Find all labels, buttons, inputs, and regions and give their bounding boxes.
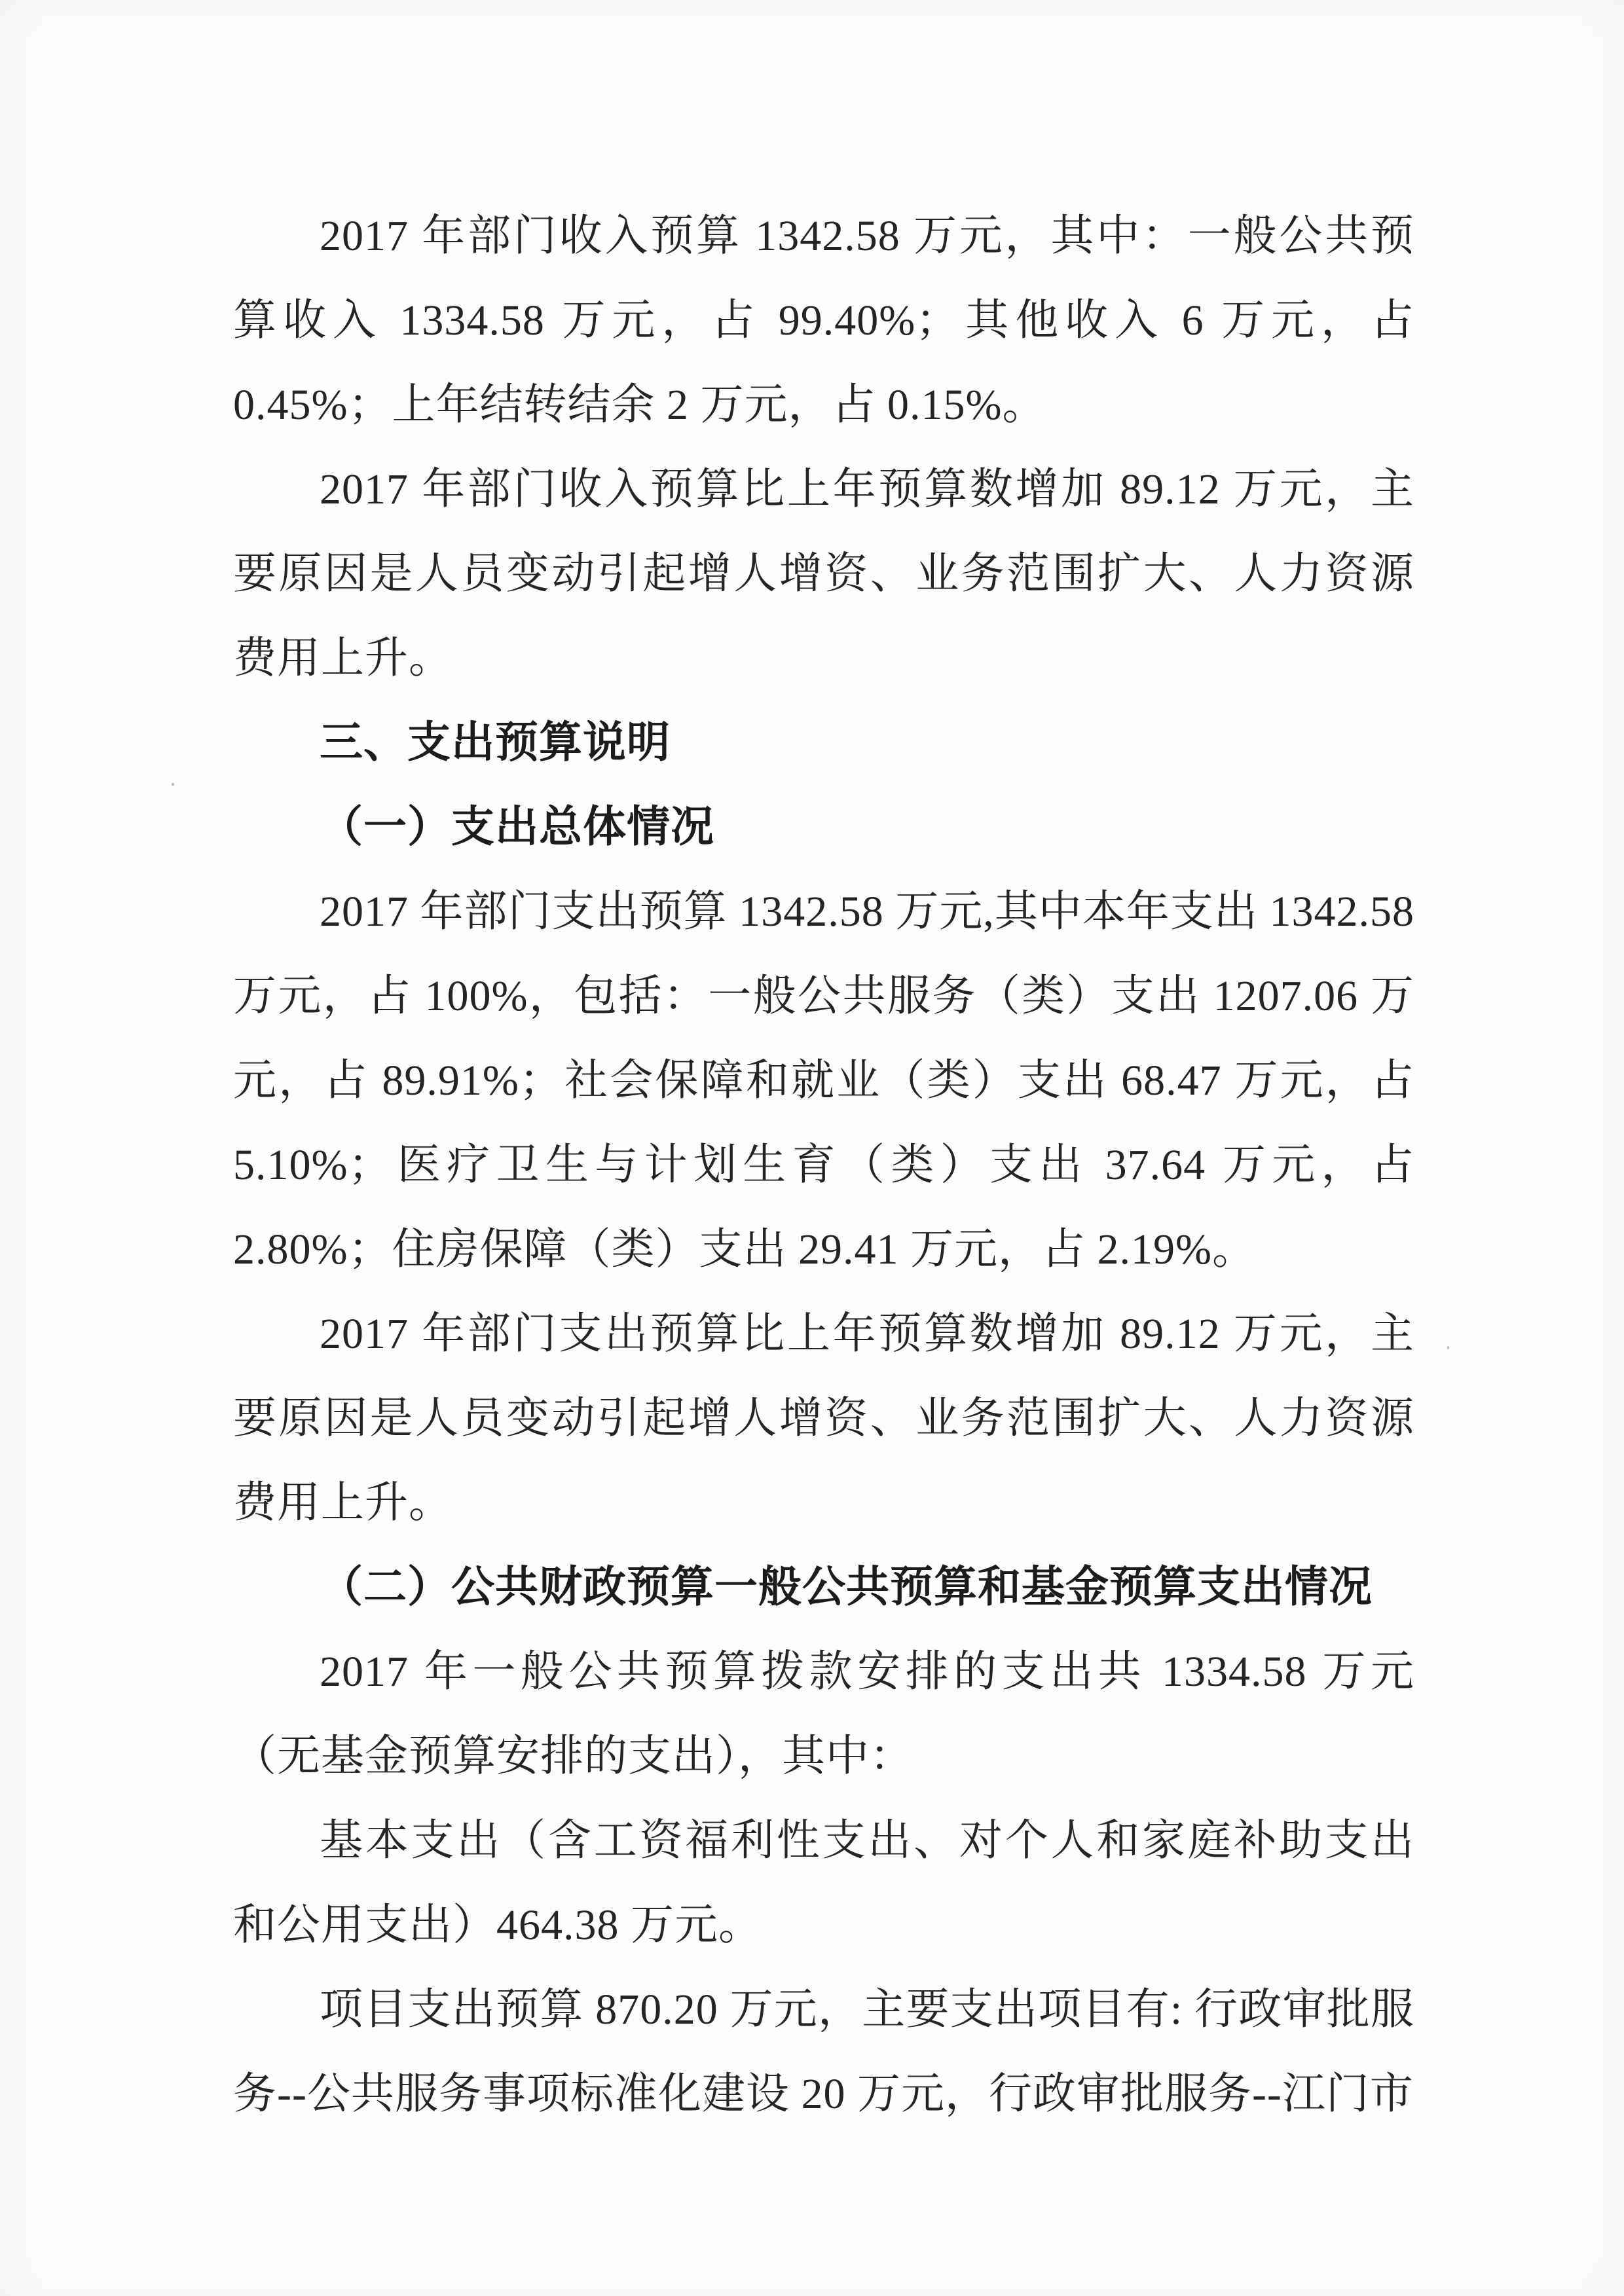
- paragraph-expenditure-overview: 2017 年部门支出预算 1342.58 万元,其中本年支出 1342.58 万…: [233, 869, 1414, 1292]
- heading-expenditure-overview: （一）支出总体情况: [233, 785, 1414, 869]
- scan-speck: [172, 783, 174, 786]
- document-body: 2017 年部门收入预算 1342.58 万元，其中：一般公共预算收入 1334…: [233, 194, 1414, 2136]
- scan-speck: [1447, 1346, 1449, 1349]
- paragraph-income-budget-overview: 2017 年部门收入预算 1342.58 万元，其中：一般公共预算收入 1334…: [233, 194, 1414, 447]
- paragraph-income-budget-increase: 2017 年部门收入预算比上年预算数增加 89.12 万元，主要原因是人员变动引…: [233, 447, 1414, 701]
- scanned-document-page: 2017 年部门收入预算 1342.58 万元，其中：一般公共预算收入 1334…: [0, 0, 1624, 2296]
- paragraph-basic-expenditure: 基本支出（含工资福利性支出、对个人和家庭补助支出和公用支出）464.38 万元。: [233, 1798, 1414, 1967]
- heading-section-expenditure-budget: 三、支出预算说明: [233, 701, 1414, 785]
- scan-speck: [705, 2100, 707, 2104]
- paragraph-expenditure-increase: 2017 年部门支出预算比上年预算数增加 89.12 万元，主要原因是人员变动引…: [233, 1292, 1414, 1545]
- heading-public-finance-budget: （二）公共财政预算一般公共预算和基金预算支出情况: [233, 1545, 1414, 1630]
- paragraph-project-expenditure: 项目支出预算 870.20 万元，主要支出项目有: 行政审批服务--公共服务事项…: [233, 1967, 1414, 2136]
- paragraph-general-budget-total: 2017 年一般公共预算拨款安排的支出共 1334.58 万元（无基金预算安排的…: [233, 1630, 1414, 1798]
